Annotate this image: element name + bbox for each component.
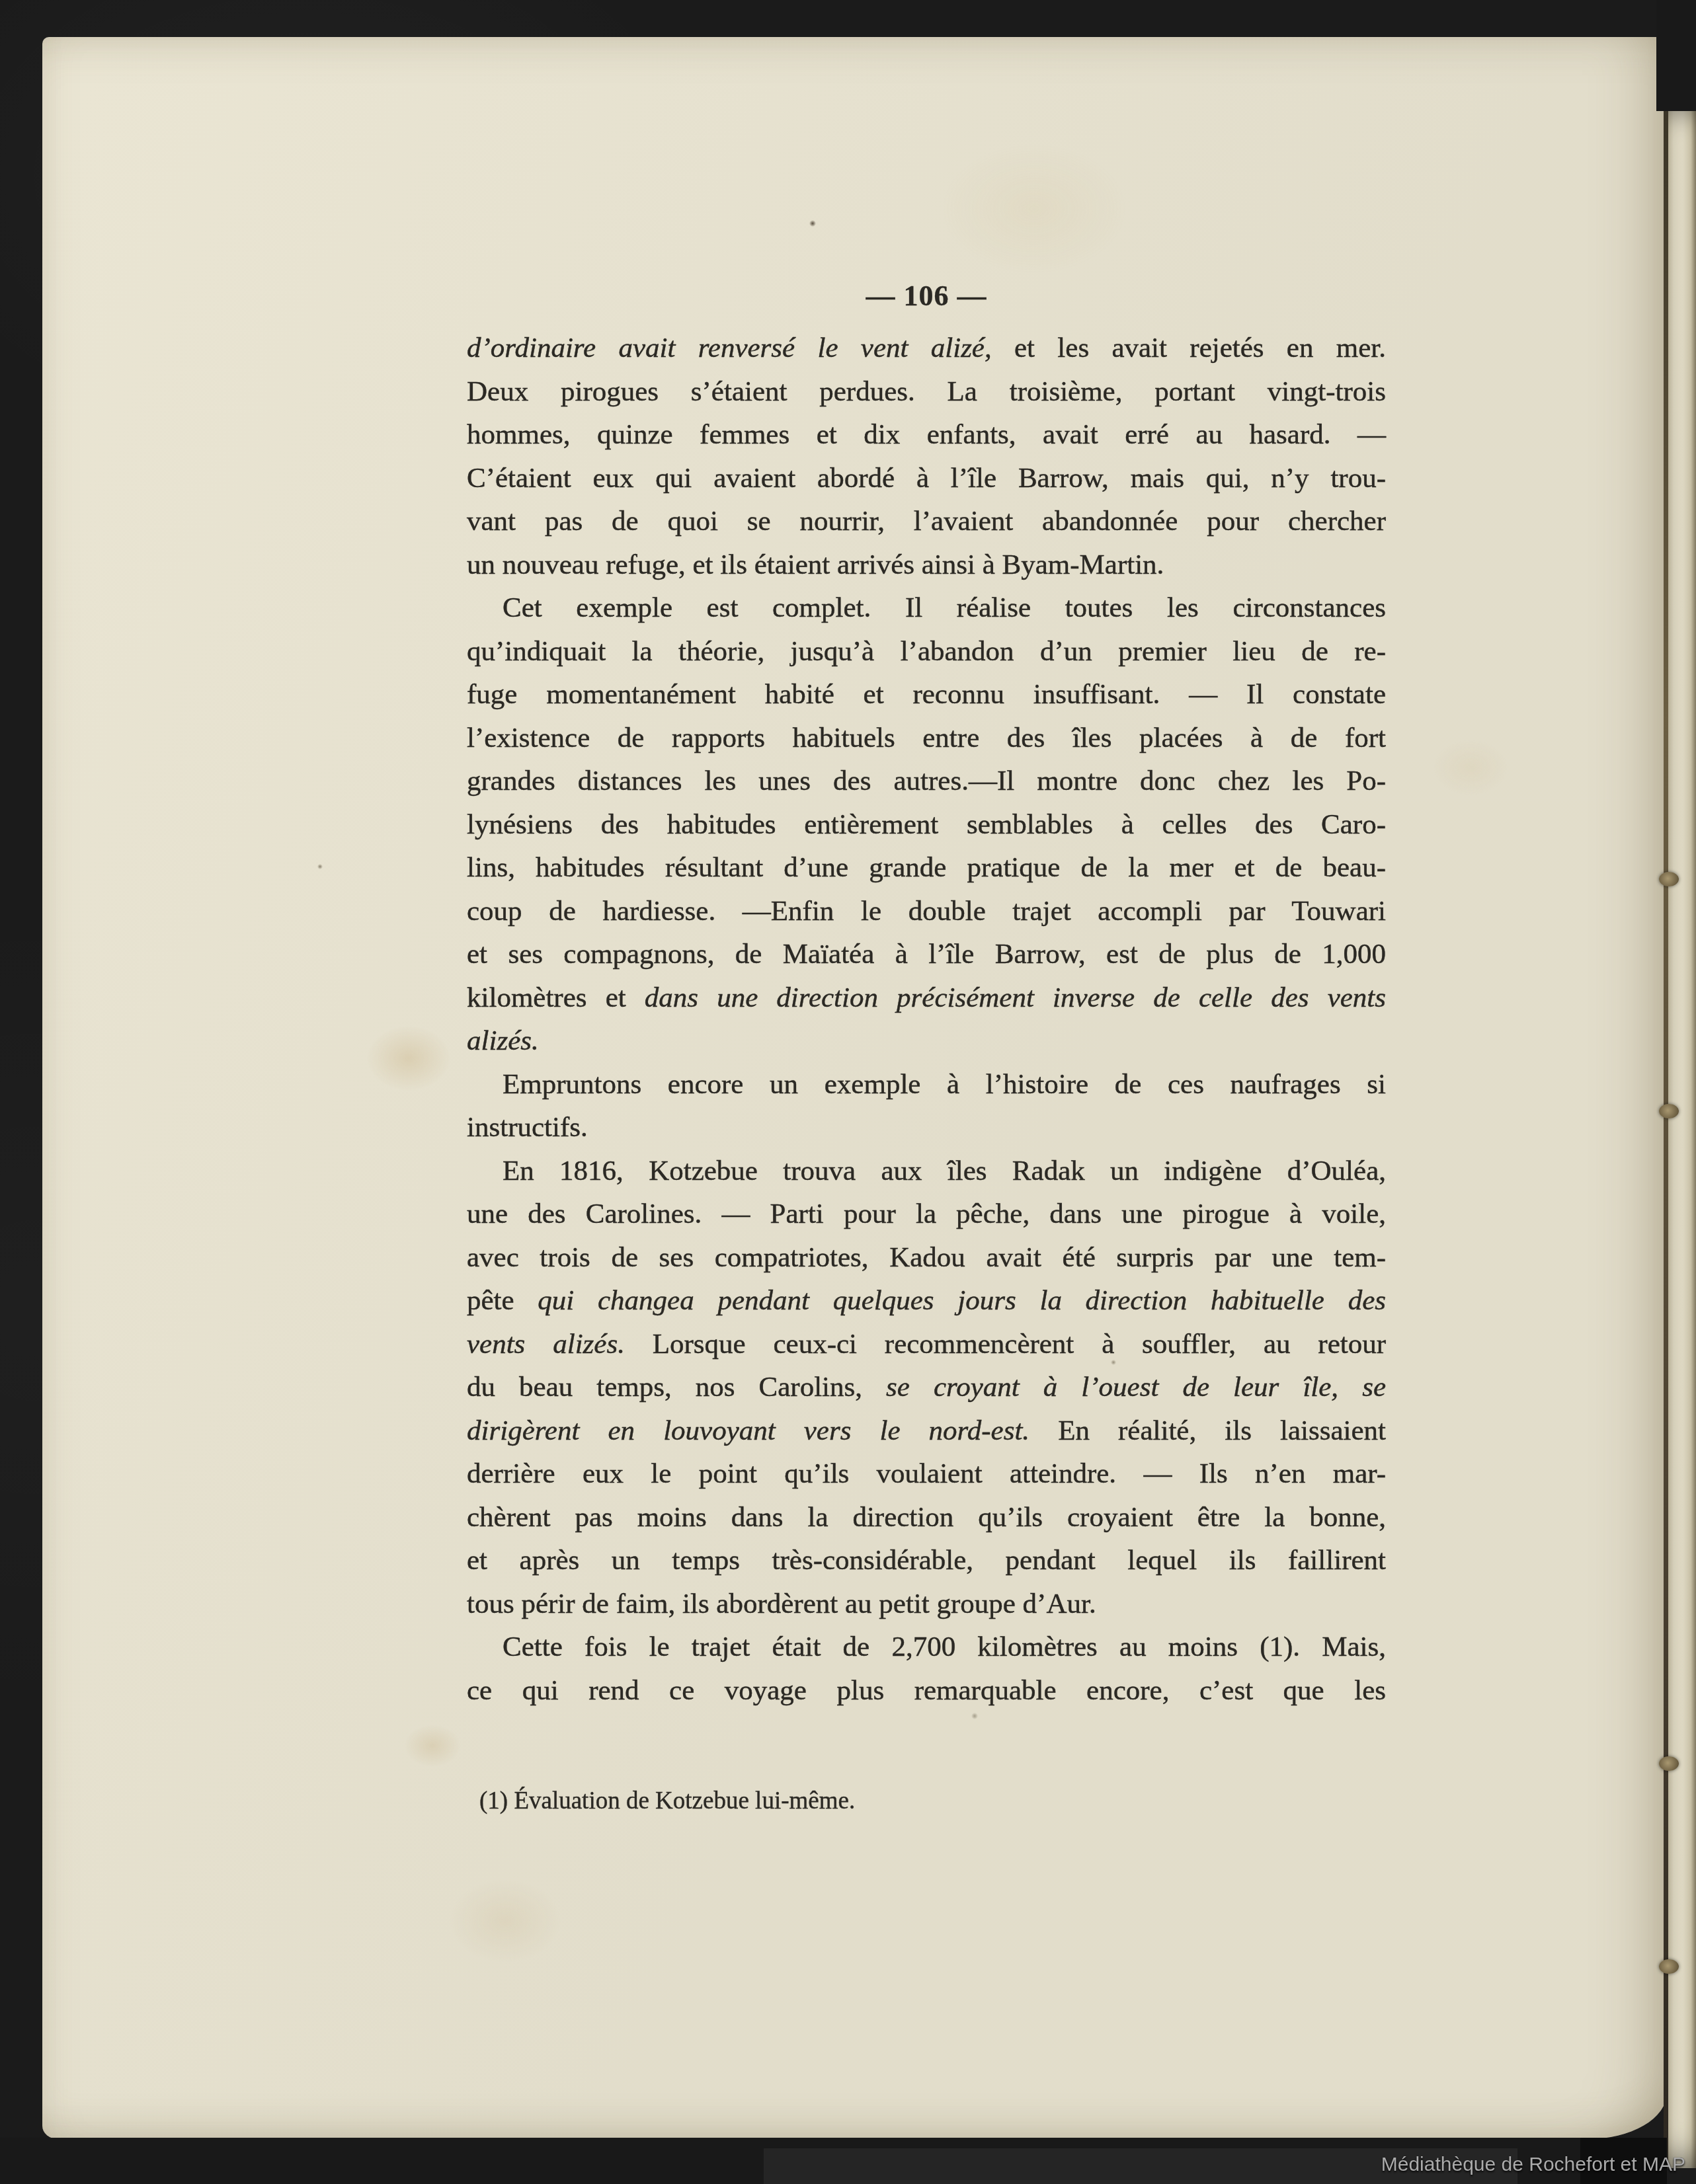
text-segment: hommes, quinze femmes et dix enfants, av… xyxy=(467,419,1386,450)
text-segment: pête xyxy=(467,1285,538,1316)
text-line: grandes distances les unes des autres.—I… xyxy=(467,760,1386,803)
text-segment: lins, habitudes résultant d’une grande p… xyxy=(467,852,1386,883)
body-text: d’ordinaire avait renversé le vent alizé… xyxy=(467,327,1386,1712)
italic-text-segment: dans une direction précisément inverse d… xyxy=(645,982,1386,1013)
text-segment: l’existence de rapports habituels entre … xyxy=(467,722,1386,754)
text-line: dirigèrent en louvoyant vers le nord-est… xyxy=(467,1409,1386,1453)
text-segment: grandes distances les unes des autres.—I… xyxy=(467,765,1386,797)
text-line: kilomètres et dans une direction précisé… xyxy=(467,976,1386,1020)
text-segment: fuge momentanément habité et reconnu ins… xyxy=(467,679,1386,710)
text-line: chèrent pas moins dans la direction qu’i… xyxy=(467,1496,1386,1540)
text-line: lins, habitudes résultant d’une grande p… xyxy=(467,846,1386,890)
text-line: d’ordinaire avait renversé le vent alizé… xyxy=(467,327,1386,370)
text-line: du beau temps, nos Carolins, se croyant … xyxy=(467,1366,1386,1409)
text-line: alizés. xyxy=(467,1019,1386,1063)
italic-text-segment: d’ordinaire avait renversé le vent alizé… xyxy=(467,332,992,364)
binding-thread-knot xyxy=(1659,1756,1679,1771)
binding-thread-knot xyxy=(1659,1959,1679,1974)
italic-text-segment: vents alizés. xyxy=(467,1329,625,1360)
text-line: tous périr de faim, ils abordèrent au pe… xyxy=(467,1582,1386,1626)
italic-text-segment: se croyant à l’ouest de leur île, se xyxy=(886,1372,1386,1403)
next-page-edge xyxy=(1667,106,1696,2168)
text-segment: et après un temps très-considérable, pen… xyxy=(467,1545,1386,1576)
shadow-wedge-top-right xyxy=(1656,0,1696,111)
text-line: avec trois de ses compatriotes, Kadou av… xyxy=(467,1236,1386,1280)
text-segment: et ses compagnons, de Maïatéa à l’île Ba… xyxy=(467,939,1386,970)
text-segment: chèrent pas moins dans la direction qu’i… xyxy=(467,1502,1386,1533)
text-segment: une des Carolines. — Parti pour la pêche… xyxy=(467,1198,1386,1229)
text-line: ce qui rend ce voyage plus remarquable e… xyxy=(467,1669,1386,1713)
italic-text-segment: qui changea pendant quelques jours la di… xyxy=(538,1285,1386,1316)
text-line: qu’indiquait la théorie, jusqu’à l’aband… xyxy=(467,630,1386,674)
text-segment: Cet exemple est complet. Il réalise tout… xyxy=(503,592,1386,623)
text-segment: et les avait rejetés en mer. xyxy=(992,332,1386,364)
text-line: un nouveau refuge, et ils étaient arrivé… xyxy=(467,543,1386,587)
text-line: vents alizés. Lorsque ceux-ci recommencè… xyxy=(467,1323,1386,1366)
text-segment: un nouveau refuge, et ils étaient arrivé… xyxy=(467,549,1164,580)
text-line: une des Carolines. — Parti pour la pêche… xyxy=(467,1192,1386,1236)
text-segment: lynésiens des habitudes entièrement semb… xyxy=(467,809,1386,840)
page-number: — 106 — xyxy=(467,280,1386,313)
text-segment: Empruntons encore un exemple à l’histoir… xyxy=(503,1069,1386,1100)
text-segment: vant pas de quoi se nourrir, l’avaient a… xyxy=(467,506,1386,537)
text-segment: Cette fois le trajet était de 2,700 kilo… xyxy=(503,1631,1386,1662)
text-line: Cet exemple est complet. Il réalise tout… xyxy=(467,586,1386,630)
watermark: Médiathèque de Rochefort et MAP xyxy=(1381,2154,1685,2176)
text-line: hommes, quinze femmes et dix enfants, av… xyxy=(467,413,1386,457)
text-segment: du beau temps, nos Carolins, xyxy=(467,1372,886,1403)
text-line: En 1816, Kotzebue trouva aux îles Radak … xyxy=(467,1150,1386,1193)
book-page: — 106 — d’ordinaire avait renversé le ve… xyxy=(42,37,1667,2139)
text-line: l’existence de rapports habituels entre … xyxy=(467,717,1386,760)
binding-thread-knot xyxy=(1659,1104,1679,1118)
scan-background: — 106 — d’ordinaire avait renversé le ve… xyxy=(0,0,1696,2184)
text-segment: kilomètres et xyxy=(467,982,645,1013)
text-segment: coup de hardiesse. —Enfin le double traj… xyxy=(467,896,1386,927)
text-line: lynésiens des habitudes entièrement semb… xyxy=(467,803,1386,847)
text-segment: tous périr de faim, ils abordèrent au pe… xyxy=(467,1588,1096,1619)
text-line: fuge momentanément habité et reconnu ins… xyxy=(467,673,1386,717)
text-line: Cette fois le trajet était de 2,700 kilo… xyxy=(467,1625,1386,1669)
text-line: pête qui changea pendant quelques jours … xyxy=(467,1279,1386,1323)
text-segment: Lorsque ceux-ci recommencèrent à souffle… xyxy=(625,1329,1386,1360)
text-line: Empruntons encore un exemple à l’histoir… xyxy=(467,1063,1386,1107)
text-line: instructifs. xyxy=(467,1106,1386,1150)
text-segment: En 1816, Kotzebue trouva aux îles Radak … xyxy=(503,1155,1386,1187)
text-segment: instructifs. xyxy=(467,1112,588,1143)
footnote: (1) Évaluation de Kotzebue lui-même. xyxy=(479,1785,1398,1817)
text-line: et ses compagnons, de Maïatéa à l’île Ba… xyxy=(467,933,1386,976)
text-line: derrière eux le point qu’ils voulaient a… xyxy=(467,1452,1386,1496)
binding-crease xyxy=(1664,99,1668,2168)
text-line: coup de hardiesse. —Enfin le double traj… xyxy=(467,890,1386,933)
text-line: Deux pirogues s’étaient perdues. La troi… xyxy=(467,370,1386,414)
text-line: vant pas de quoi se nourrir, l’avaient a… xyxy=(467,500,1386,543)
text-segment: C’étaient eux qui avaient abordé à l’île… xyxy=(467,463,1386,494)
text-segment: avec trois de ses compatriotes, Kadou av… xyxy=(467,1242,1386,1273)
text-segment: En réalité, ils laissaient xyxy=(1030,1415,1386,1446)
text-segment: qu’indiquait la théorie, jusqu’à l’aband… xyxy=(467,636,1386,667)
italic-text-segment: dirigèrent en louvoyant vers le nord-est… xyxy=(467,1415,1030,1446)
text-line: et après un temps très-considérable, pen… xyxy=(467,1539,1386,1582)
text-line: C’étaient eux qui avaient abordé à l’île… xyxy=(467,457,1386,500)
text-segment: Deux pirogues s’étaient perdues. La troi… xyxy=(467,376,1386,407)
text-segment: derrière eux le point qu’ils voulaient a… xyxy=(467,1458,1386,1489)
binding-thread-knot xyxy=(1659,872,1679,886)
italic-text-segment: alizés. xyxy=(467,1025,539,1056)
text-segment: ce qui rend ce voyage plus remarquable e… xyxy=(467,1675,1386,1706)
